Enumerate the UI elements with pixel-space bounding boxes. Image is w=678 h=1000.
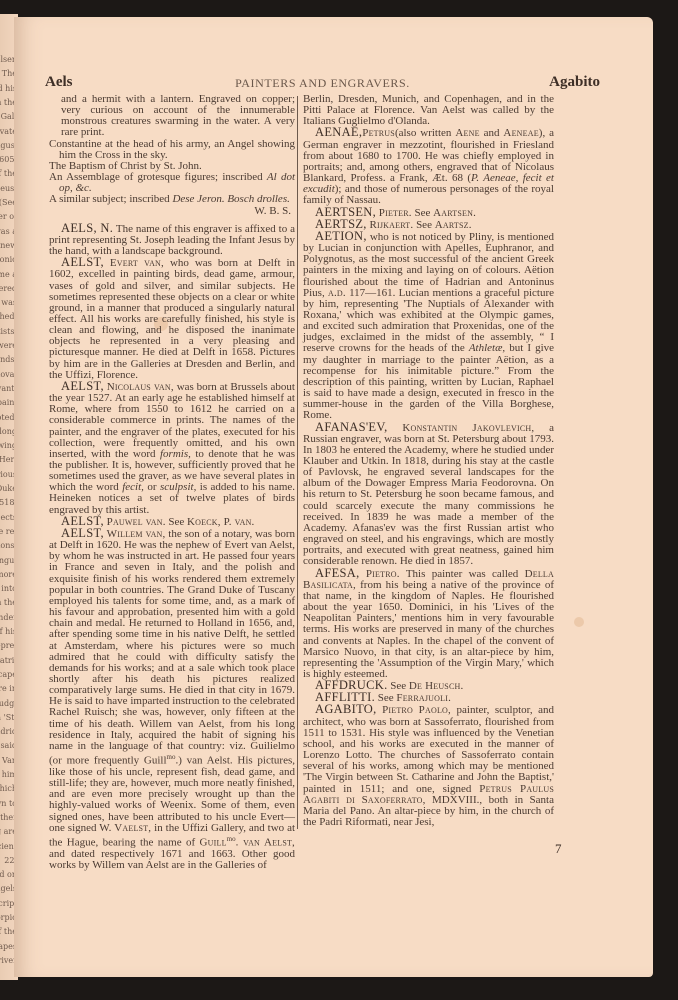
cross-reference: De Heusch.	[409, 680, 464, 692]
list-item: A similar subject; inscribed Dese Jeron.…	[49, 194, 295, 205]
right-column: Berlin, Dresden, Munich, and Copenhagen,…	[303, 94, 554, 828]
cross-reference: Aartsz.	[435, 219, 472, 231]
list-item: Constantine at the head of his army, an …	[49, 139, 295, 161]
entry-afesa: AFESA, Pietro. This painter was called D…	[303, 568, 554, 681]
entry-aelst-evert: AELST, Evert van, who was born at Delft …	[49, 257, 295, 381]
column-divider	[297, 96, 298, 829]
entry-aenae: AENAE,Petrus(also written Aene and Aenea…	[303, 127, 554, 206]
cross-reference: Ferrajuoli.	[396, 692, 451, 704]
cross-reference: Koeck, P. van.	[187, 516, 254, 528]
running-head-title: PAINTERS AND ENGRAVERS.	[45, 76, 600, 91]
entry-afanasev: AFANAS'EV, Konstantin Jakovlevich, a Rus…	[303, 422, 554, 568]
running-head-right: Agabito	[549, 74, 600, 91]
running-head: Aels PAINTERS AND ENGRAVERS. Agabito	[45, 74, 600, 92]
list-item: An Assemblage of grotesque figures; insc…	[49, 172, 295, 194]
entry-aelst-nicolaus: AELST, Nicolaus van, was born at Brussel…	[49, 381, 295, 516]
left-column: and a hermit with a lantern. Engraved on…	[49, 94, 295, 871]
paper-stain	[574, 617, 584, 627]
continued-text: Berlin, Dresden, Munich, and Copenhagen,…	[303, 94, 554, 127]
entry-agabito: AGABITO, Pietro Paolo, painter, sculptor…	[303, 704, 554, 828]
author-signature: W. B. S.	[49, 206, 295, 217]
page-number: 7	[555, 841, 562, 857]
entry-aetion: AETION, who is not noticed by Pliny, is …	[303, 231, 554, 422]
list-item: and a hermit with a lantern. Engraved on…	[49, 94, 295, 139]
entry-aels: AELS, N. The name of this engraver is af…	[49, 223, 295, 257]
entry-aelst-willem: AELST, Willem van, the son of a notary, …	[49, 528, 295, 871]
cross-reference: Aartsen.	[433, 207, 476, 219]
